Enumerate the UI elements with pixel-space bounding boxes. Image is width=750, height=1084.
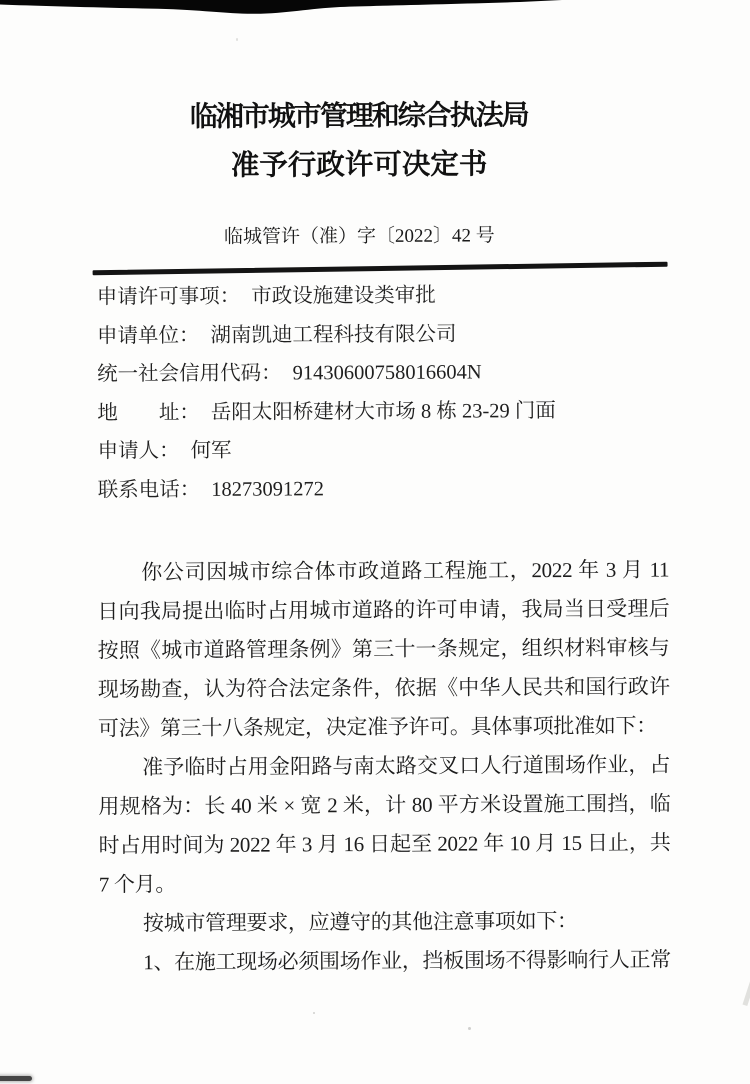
body-paragraph-approval-details: 准予临时占用金阳路与南太路交叉口人行道围场作业，占用规格为：长 40 米 × 宽… <box>98 745 671 904</box>
header-divider-rule <box>93 262 668 275</box>
scan-speck <box>236 38 238 41</box>
body-paragraph-requirement-1: 1、在施工现场必须围场作业，挡板围场不得影响行人正常 <box>99 940 671 982</box>
field-row-address: 地 址：岳阳太阳桥建材大市场 8 栋 23-29 门面 <box>97 391 672 433</box>
field-label: 申请单位： <box>97 325 200 348</box>
document-title: 临湘市城市管理和综合执法局 准予行政许可决定书 <box>64 91 655 192</box>
field-label: 申请人： <box>97 440 179 462</box>
document-content: 临湘市城市管理和综合执法局 准予行政许可决定书 临城管许（准）字〔2022〕42… <box>0 0 750 1084</box>
document-type-title: 准予行政许可决定书 <box>64 140 654 192</box>
scan-artifact-top-edge <box>0 0 570 18</box>
field-label: 联系电话： <box>98 479 201 502</box>
field-value: 岳阳太阳桥建材大市场 8 栋 23-29 门面 <box>211 400 556 424</box>
field-value: 湖南凯迪工程科技有限公司 <box>210 323 456 346</box>
field-value: 91430600758016604N <box>293 362 482 385</box>
field-row-license-item: 申请许可事项：市政设施建设类审批 <box>97 275 672 317</box>
scan-artifact-bottom-left <box>0 1076 32 1081</box>
field-value: 市政设施建设类审批 <box>251 285 436 308</box>
scan-speck <box>468 1027 471 1030</box>
field-row-credit-code: 统一社会信用代码：91430600758016604N <box>97 353 672 395</box>
field-value: 何军 <box>190 440 231 462</box>
field-label: 申请许可事项： <box>97 286 241 309</box>
field-value: 18273091272 <box>211 478 324 501</box>
body-paragraph-decision: 你公司因城市综合体市政道路工程施工，2022 年 3 月 11 日向我局提出临时… <box>97 550 670 748</box>
body-paragraph-requirements-intro: 按城市管理要求，应遵守的其他注意事项如下： <box>99 901 671 943</box>
field-row-phone: 联系电话：18273091272 <box>98 468 673 510</box>
document-number: 临城管许（准）字〔2022〕42 号 <box>64 220 654 250</box>
document-body: 你公司因城市综合体市政道路工程施工，2022 年 3 月 11 日向我局提出临时… <box>97 550 671 982</box>
scan-speck <box>313 1012 315 1014</box>
application-fields: 申请许可事项：市政设施建设类审批 申请单位：湖南凯迪工程科技有限公司 统一社会信… <box>97 275 673 510</box>
field-label: 统一社会信用代码： <box>97 363 282 386</box>
issuing-authority-title: 临湘市城市管理和综合执法局 <box>64 91 654 143</box>
scanned-document-page: 临湘市城市管理和综合执法局 准予行政许可决定书 临城管许（准）字〔2022〕42… <box>0 0 750 1084</box>
field-label: 地 址： <box>97 402 200 425</box>
field-row-applicant-unit: 申请单位：湖南凯迪工程科技有限公司 <box>97 314 672 356</box>
field-row-applicant-person: 申请人：何军 <box>97 430 672 472</box>
